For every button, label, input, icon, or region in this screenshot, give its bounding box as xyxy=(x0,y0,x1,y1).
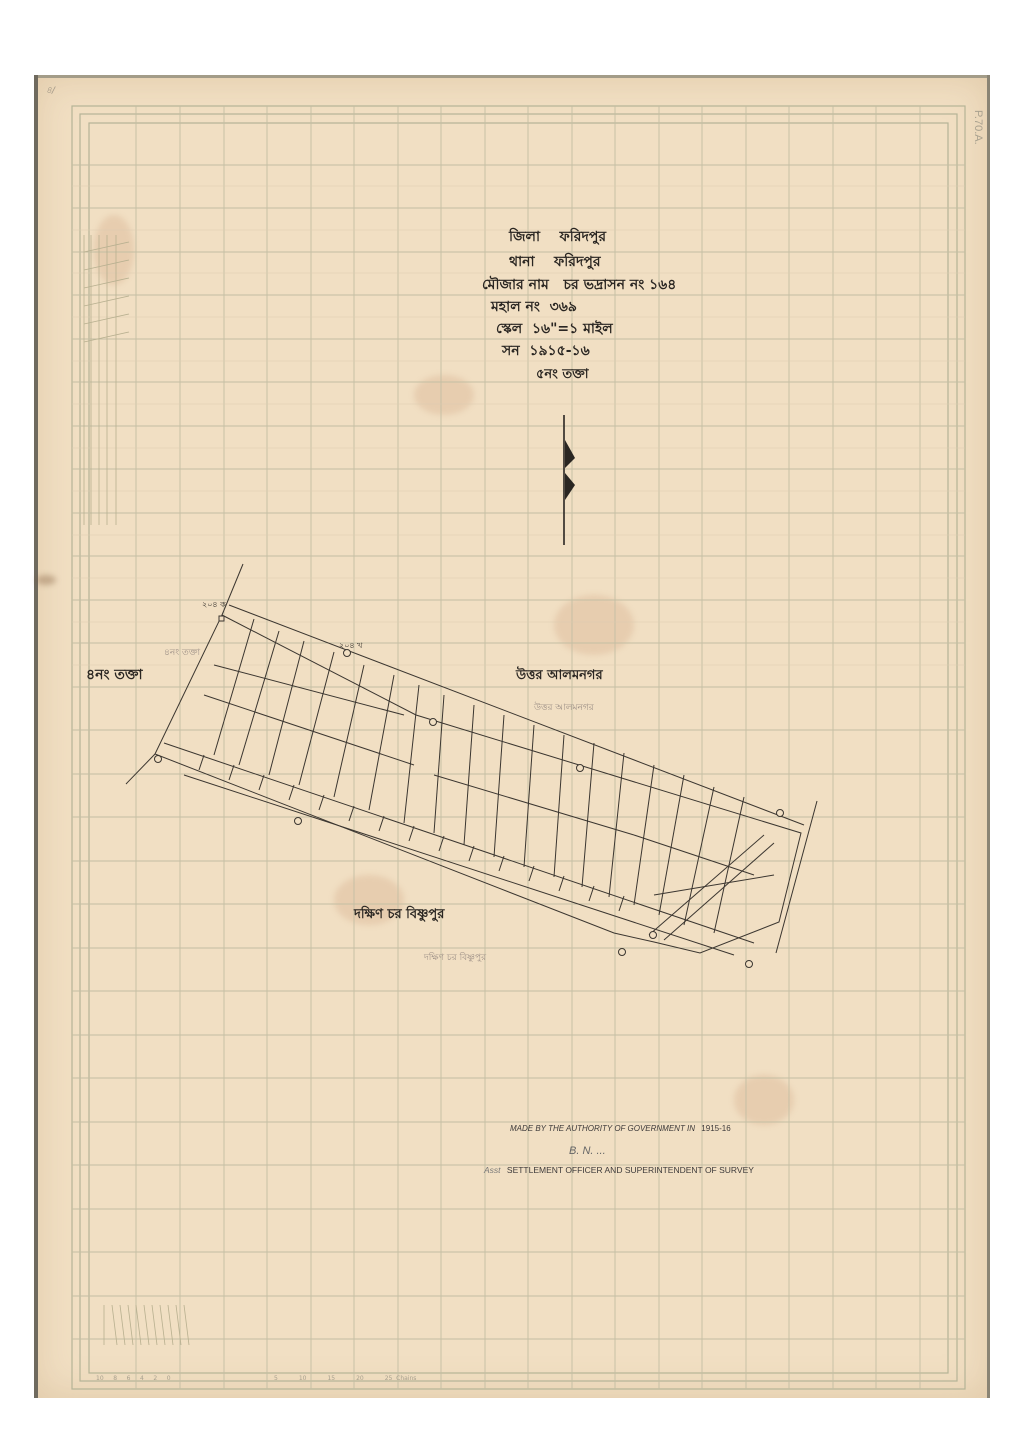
scale-label: স্কেল xyxy=(496,321,522,337)
mouza-line: মৌজার নাম চর ভদ্রাসন নং ১৬৪ xyxy=(482,273,676,297)
officer-prefix: Asst xyxy=(484,1165,501,1175)
west-adjacent-label: ৪নং তক্তা xyxy=(86,663,143,687)
boundary-pillars xyxy=(155,616,784,968)
corner-note: ৪/ xyxy=(46,83,55,98)
mahal-value: ৩৬৯ xyxy=(550,299,577,315)
diagonal-scale-top-left xyxy=(84,235,129,525)
mahal-line: মহাল নং ৩৬৯ xyxy=(491,295,577,319)
boundary-pillar xyxy=(219,616,224,621)
nw-boundary-marker: ২০৪ ক xyxy=(202,599,226,612)
authority-year: 1915-16 xyxy=(701,1124,730,1133)
south-adjacent-label: দক্ষিণ চর বিষ্ণুপুর xyxy=(354,905,444,926)
west-adjacent-faint-label: ৪নং তক্তা xyxy=(164,645,200,660)
officer-title: SETTLEMENT OFFICER AND SUPERINTENDENT OF… xyxy=(507,1165,754,1175)
mahal-label: মহাল নং xyxy=(491,299,540,315)
mouza-value: চর ভদ্রাসন নং ১৬৪ xyxy=(563,277,676,293)
district-value: ফরিদপুর xyxy=(560,229,607,245)
sheet-label: ৫নং তক্তা xyxy=(536,365,588,386)
scale-bar-left: 10 8 6 4 2 0 xyxy=(96,1375,171,1382)
thana-value: ফরিদপুর xyxy=(554,254,601,270)
authority-text: MADE BY THE AUTHORITY OF GOVERNMENT IN xyxy=(510,1124,695,1133)
officer-line: Asst SETTLEMENT OFFICER AND SUPERINTENDE… xyxy=(484,1165,754,1175)
n-boundary-marker: ২০৪ খ xyxy=(339,640,362,653)
district-label: জিলা xyxy=(509,229,540,245)
thana-line: থানা ফরিদপুর xyxy=(509,250,601,274)
boundary-pillar xyxy=(577,765,584,772)
boundary-pillar xyxy=(155,756,162,763)
boundary-pillar xyxy=(777,810,784,817)
boundary-pillar xyxy=(746,961,753,968)
authority-line: MADE BY THE AUTHORITY OF GOVERNMENT IN 1… xyxy=(510,1124,731,1133)
boundary-pillar xyxy=(619,949,626,956)
year-label: সন xyxy=(502,343,520,359)
mouza-label: মৌজার নাম xyxy=(482,277,549,293)
signature: B. N. ... xyxy=(569,1145,606,1157)
parcel-boundaries xyxy=(126,564,817,955)
scale-bar-right: 5 10 15 20 25 Chains xyxy=(274,1375,416,1382)
district-line: জিলা ফরিদপুর xyxy=(509,225,606,249)
boundary-pillar xyxy=(650,932,657,939)
year-line: সন ১৯১৫-১৬ xyxy=(502,339,590,363)
north-arrow xyxy=(564,415,575,545)
map-sheet: জিলা ফরিদপুর থানা ফরিদপুর মৌজার নাম চর ভ… xyxy=(34,75,990,1398)
scale-value: ১৬"=১ মাইল xyxy=(532,321,613,337)
boundary-pillar xyxy=(430,719,437,726)
scale-line: স্কেল ১৬"=১ মাইল xyxy=(496,317,613,341)
south-adjacent-faint-label: দক্ষিণ চর বিষ্ণুপুর xyxy=(424,950,486,965)
thana-label: থানা xyxy=(509,254,535,270)
north-adjacent-label: উত্তর আলমনগর xyxy=(516,666,603,687)
north-adjacent-faint-label: উত্তর আলমনগর xyxy=(534,700,594,715)
year-value: ১৯১৫-১৬ xyxy=(529,343,589,359)
boundary-pillar xyxy=(295,818,302,825)
sheet-number: P.70.A. xyxy=(972,110,984,145)
